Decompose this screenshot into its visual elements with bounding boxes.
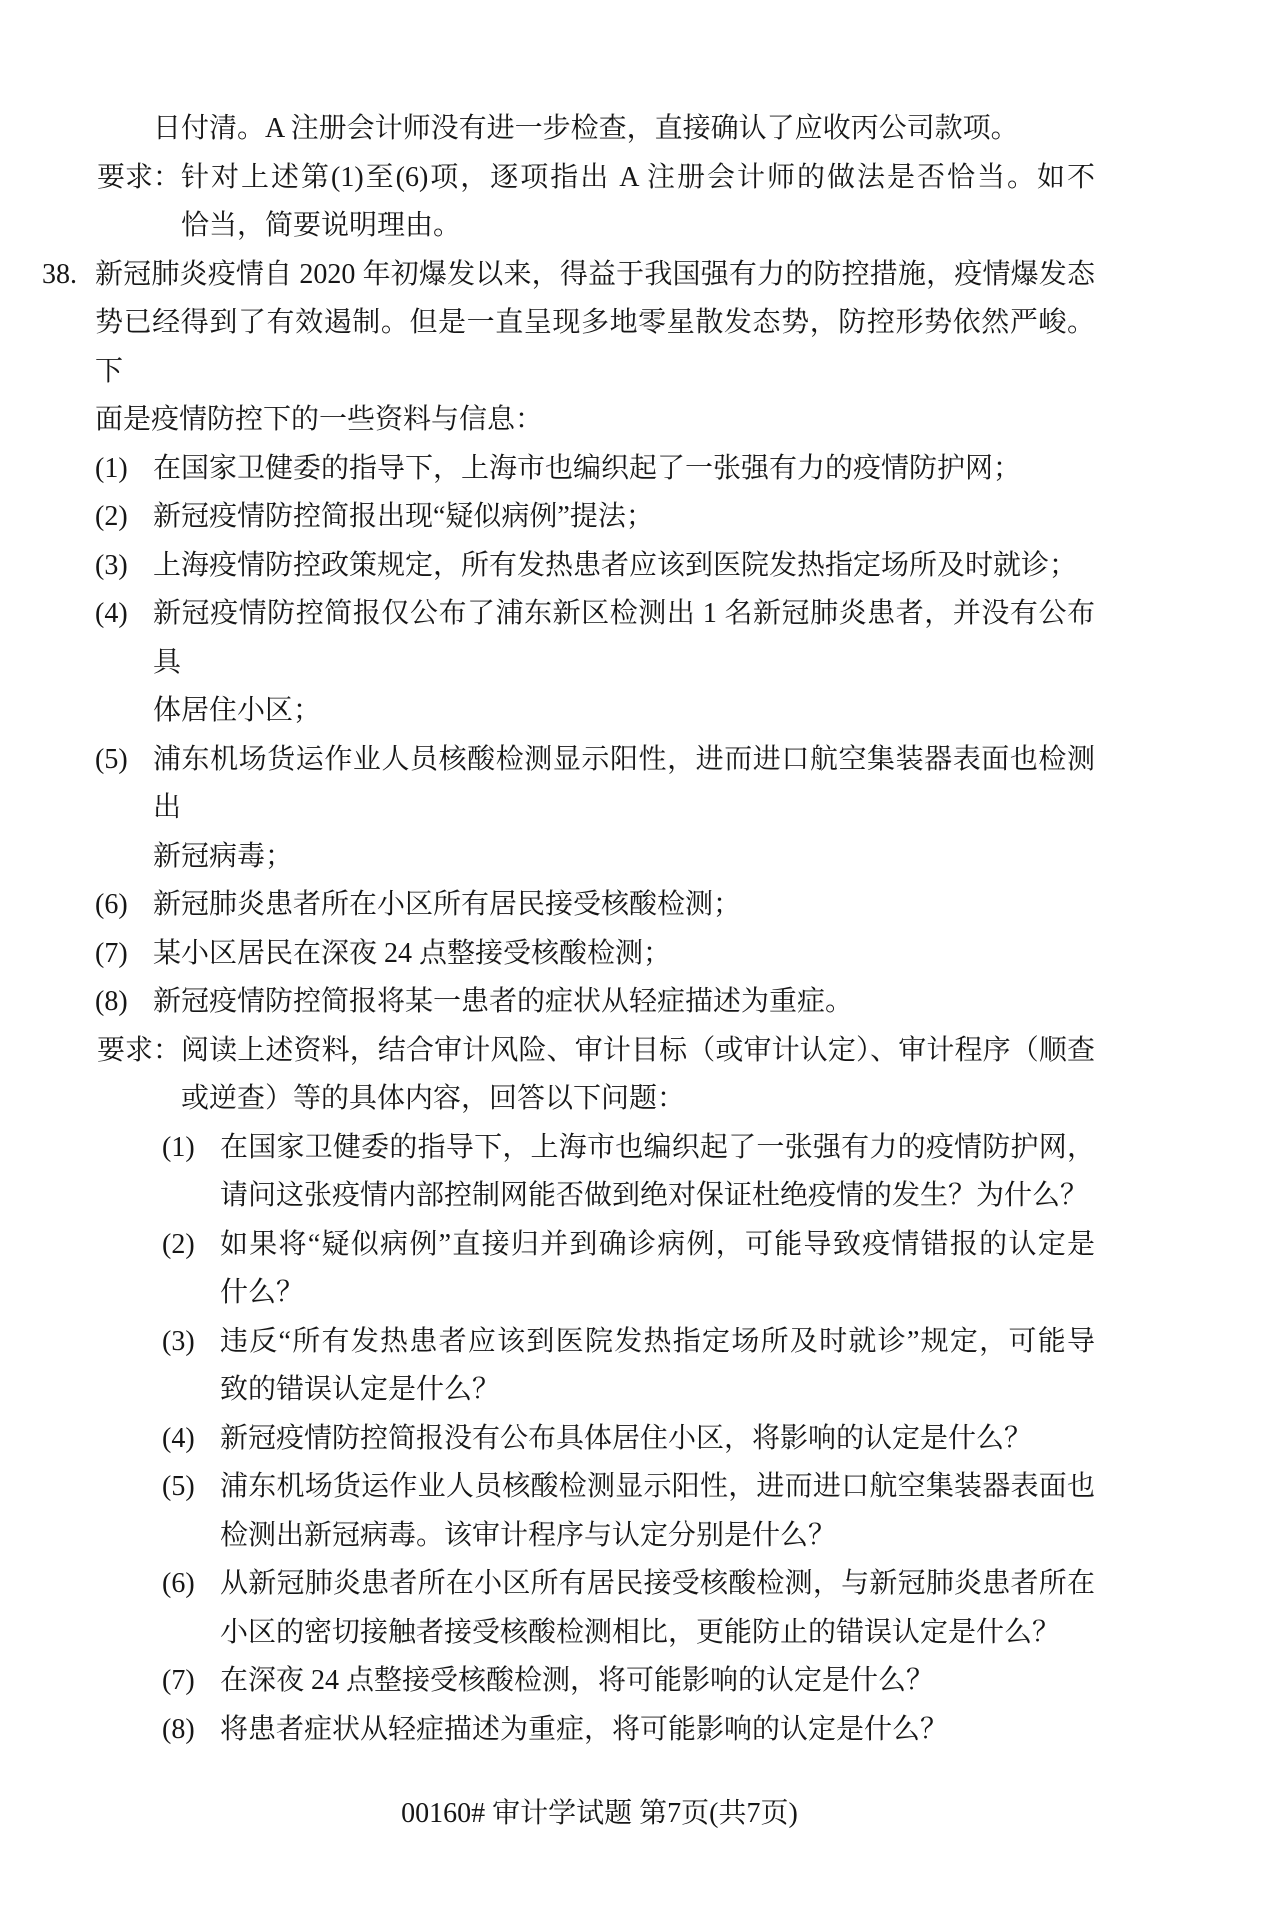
text-line: 新冠疫情防控简报没有公布具体居住小区，将影响的认定是什么？ [220,1415,1095,1464]
sub-question: (6) 从新冠肺炎患者所在小区所有居民接受核酸检测，与新冠肺炎患者所在 小区的密… [0,1560,1284,1657]
text-line: 日付清。A 注册会计师没有进一步检查，直接确认了应收丙公司款项。 [153,105,1095,154]
info-item: (5) 浦东机场货运作业人员核酸检测显示阳性，进而进口航空集装器表面也检测出 新… [0,736,1284,882]
info-item: (6) 新冠肺炎患者所在小区所有居民接受核酸检测； [0,881,1284,930]
page-footer: 00160# 审计学试题 第7页(共7页) [0,1790,1199,1838]
text-line: 将患者症状从轻症描述为重症，将可能影响的认定是什么？ [220,1706,1095,1755]
requirement-label: 要求： [97,154,181,203]
question-38-intro: 38. 新冠肺炎疫情自 2020 年初爆发以来，得益于我国强有力的防控措施，疫情… [0,251,1284,445]
text-line: 上海疫情防控政策规定，所有发热患者应该到医院发热指定场所及时就诊； [153,542,1095,591]
sub-question: (3) 违反“所有发热患者应该到医院发热指定场所及时就诊”规定，可能导 致的错误… [0,1318,1284,1415]
item-marker: (2) [95,493,128,542]
sub-question-marker: (5) [162,1463,195,1512]
text-line: 某小区居民在深夜 24 点整接受核酸检测； [153,930,1095,979]
text-line: 新冠病毒； [153,833,1095,882]
sub-question: (8) 将患者症状从轻症描述为重症，将可能影响的认定是什么？ [0,1706,1284,1755]
text-line: 阅读上述资料，结合审计风险、审计目标（或审计认定）、审计程序（顺查 [181,1027,1095,1076]
item-marker: (8) [95,978,128,1027]
text-line: 面是疫情防控下的一些资料与信息： [95,396,1095,445]
text-line: 违反“所有发热患者应该到医院发热指定场所及时就诊”规定，可能导 [220,1318,1095,1367]
text-line: 致的错误认定是什么？ [220,1366,1095,1415]
text-line: 在国家卫健委的指导下，上海市也编织起了一张强有力的疫情防护网； [153,445,1095,494]
question-37-requirement: 要求： 针对上述第(1)至(6)项，逐项指出 A 注册会计师的做法是否恰当。如不… [0,154,1284,251]
question-38-requirement: 要求： 阅读上述资料，结合审计风险、审计目标（或审计认定）、审计程序（顺查 或逆… [0,1027,1284,1124]
sub-question-marker: (4) [162,1415,195,1464]
text-line: 新冠疫情防控简报将某一患者的症状从轻症描述为重症。 [153,978,1095,1027]
sub-question-marker: (6) [162,1560,195,1609]
sub-question-marker: (3) [162,1318,195,1367]
item-marker: (4) [95,590,128,639]
sub-question-marker: (8) [162,1706,195,1755]
info-item: (1) 在国家卫健委的指导下，上海市也编织起了一张强有力的疫情防护网； [0,445,1284,494]
text-line: 小区的密切接触者接受核酸检测相比，更能防止的错误认定是什么？ [220,1609,1095,1658]
text-line: 在深夜 24 点整接受核酸检测，将可能影响的认定是什么？ [220,1657,1095,1706]
info-item: (4) 新冠疫情防控简报仅公布了浦东新区检测出 1 名新冠肺炎患者，并没有公布具… [0,590,1284,736]
exam-page: 日付清。A 注册会计师没有进一步检查，直接确认了应收丙公司款项。 要求： 针对上… [0,0,1284,1908]
info-item: (3) 上海疫情防控政策规定，所有发热患者应该到医院发热指定场所及时就诊； [0,542,1284,591]
requirement-label: 要求： [97,1027,181,1076]
sub-question: (5) 浦东机场货运作业人员核酸检测显示阳性，进而进口航空集装器表面也 检测出新… [0,1463,1284,1560]
info-item: (2) 新冠疫情防控简报出现“疑似病例”提法； [0,493,1284,542]
info-item: (7) 某小区居民在深夜 24 点整接受核酸检测； [0,930,1284,979]
text-line: 浦东机场货运作业人员核酸检测显示阳性，进而进口航空集装器表面也 [220,1463,1095,1512]
text-line: 从新冠肺炎患者所在小区所有居民接受核酸检测，与新冠肺炎患者所在 [220,1560,1095,1609]
sub-question: (4) 新冠疫情防控简报没有公布具体居住小区，将影响的认定是什么？ [0,1415,1284,1464]
text-line: 新冠疫情防控简报出现“疑似病例”提法； [153,493,1095,542]
sub-question-marker: (7) [162,1657,195,1706]
text-line: 什么？ [220,1269,1095,1318]
text-line: 或逆查）等的具体内容，回答以下问题： [181,1075,1095,1124]
text-line: 针对上述第(1)至(6)项，逐项指出 A 注册会计师的做法是否恰当。如不 [181,154,1095,203]
item-marker: (1) [95,445,128,494]
question-38: 38. 新冠肺炎疫情自 2020 年初爆发以来，得益于我国强有力的防控措施，疫情… [0,251,1284,1755]
item-marker: (5) [95,736,128,785]
text-line: 在国家卫健委的指导下，上海市也编织起了一张强有力的疫情防护网， [220,1124,1095,1173]
text-line: 势已经得到了有效遏制。但是一直呈现多地零星散发态势，防控形势依然严峻。下 [95,299,1095,396]
text-line: 恰当，简要说明理由。 [181,202,1095,251]
text-line: 新冠疫情防控简报仅公布了浦东新区检测出 1 名新冠肺炎患者，并没有公布具 [153,590,1095,687]
sub-question: (7) 在深夜 24 点整接受核酸检测，将可能影响的认定是什么？ [0,1657,1284,1706]
sub-question-marker: (2) [162,1221,195,1270]
question-number: 38. [42,251,77,300]
text-line: 检测出新冠病毒。该审计程序与认定分别是什么？ [220,1512,1095,1561]
sub-question: (1) 在国家卫健委的指导下，上海市也编织起了一张强有力的疫情防护网， 请问这张… [0,1124,1284,1221]
text-line: 浦东机场货运作业人员核酸检测显示阳性，进而进口航空集装器表面也检测出 [153,736,1095,833]
sub-question: (2) 如果将“疑似病例”直接归并到确诊病例，可能导致疫情错报的认定是 什么？ [0,1221,1284,1318]
text-line: 体居住小区； [153,687,1095,736]
text-line: 新冠肺炎患者所在小区所有居民接受核酸检测； [153,881,1095,930]
text-line: 新冠肺炎疫情自 2020 年初爆发以来，得益于我国强有力的防控措施，疫情爆发态 [95,251,1095,300]
text-line: 请问这张疫情内部控制网能否做到绝对保证杜绝疫情的发生？为什么？ [220,1172,1095,1221]
item-marker: (7) [95,930,128,979]
item-marker: (3) [95,542,128,591]
question-37-tail: 日付清。A 注册会计师没有进一步检查，直接确认了应收丙公司款项。 [0,105,1284,154]
sub-question-marker: (1) [162,1124,195,1173]
text-line: 如果将“疑似病例”直接归并到确诊病例，可能导致疫情错报的认定是 [220,1221,1095,1270]
item-marker: (6) [95,881,128,930]
info-item: (8) 新冠疫情防控简报将某一患者的症状从轻症描述为重症。 [0,978,1284,1027]
